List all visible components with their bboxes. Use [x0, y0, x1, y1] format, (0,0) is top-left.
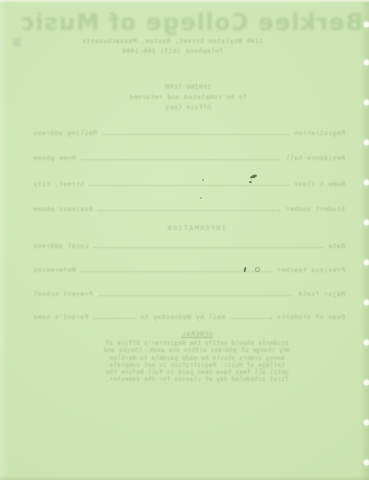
row-label: Business phone [33, 205, 93, 213]
punch-hole [363, 259, 369, 266]
row-middle-text: mail by Wednesday to [140, 313, 225, 321]
form-row: Registration Mailing address [33, 128, 345, 137]
scan-smudge [13, 38, 21, 47]
notes-line: until all fees have been paid in full be… [85, 369, 309, 376]
dotted-leader-line [89, 179, 289, 186]
notes-line: first scheduled day of classes for the s… [85, 376, 309, 383]
notes-line: College of Music. Registration is not co… [85, 362, 309, 369]
punch-hole [363, 379, 369, 386]
form-row: Name & class Street, city [33, 179, 345, 188]
address-line-2: Telephone (617) 266-1400 [60, 46, 285, 56]
address-line-1: 1140 Boylston Street, Boston, Massachuse… [60, 36, 285, 46]
row-label: Previous teacher [277, 266, 345, 274]
row-label: Dean of students [277, 313, 345, 321]
dotted-leader-line [98, 289, 293, 296]
row-label: Street, city [33, 180, 84, 188]
row-label: Registration [294, 129, 345, 137]
row-label: Parent's name [33, 313, 88, 321]
row-label: Local address [33, 242, 88, 250]
section-heading-bleedthrough: INFORMATION [140, 224, 252, 232]
title-line-1: SPRING TERM [120, 82, 256, 92]
notes-heading: GENERAL [85, 330, 309, 338]
form-row: Student number Business phone [33, 204, 345, 213]
ink-speck [249, 181, 252, 183]
row-label: Present school [33, 290, 93, 298]
title-line-2: To be completed and returned [120, 92, 256, 102]
dotted-leader-line [98, 204, 281, 211]
punch-hole [363, 459, 369, 466]
row-label: Name & class [294, 180, 345, 188]
ink-speck [255, 267, 260, 272]
notes-line: Students should notify the Registrar's O… [85, 340, 309, 347]
row-label: Residence hall [285, 154, 345, 162]
punch-hole [363, 99, 369, 106]
general-notes-block-bleedthrough: GENERAL Students should notify the Regis… [85, 330, 309, 384]
letterhead-logo-bleedthrough: Berklee College of Music [53, 10, 363, 36]
punch-hole [363, 299, 369, 306]
dotted-leader-line [102, 128, 289, 135]
letterhead-address-bleedthrough: 1140 Boylston Street, Boston, Massachuse… [60, 36, 285, 56]
punch-hole [363, 179, 369, 186]
form-row: Dean of students mail by Wednesday to Pa… [33, 312, 345, 321]
punch-hole [363, 339, 369, 346]
form-row: Major field Present school [33, 289, 345, 298]
row-label: Major field [298, 290, 345, 298]
row-label: Date [328, 242, 345, 250]
title-line-3: Office Copy [120, 102, 256, 112]
dotted-leader-line [93, 241, 323, 248]
dotted-leader-line [81, 153, 281, 160]
form-row: Date Local address [33, 241, 345, 250]
notes-line: any change of address within one week. C… [85, 347, 309, 354]
row-label: Mailing address [33, 129, 97, 137]
notes-line: money orders should be made payable to B… [85, 355, 309, 362]
dotted-leader-line [230, 312, 272, 319]
row-label: Home phone [33, 154, 76, 162]
form-title-block-bleedthrough: SPRING TERM To be completed and returned… [120, 82, 256, 112]
punch-hole [363, 59, 369, 66]
punch-hole [363, 139, 369, 146]
punch-hole [363, 219, 369, 226]
punch-hole [363, 419, 369, 426]
row-label: Student number [285, 205, 345, 213]
form-row: Residence hall Home phone [33, 153, 345, 162]
dotted-leader-line [93, 312, 135, 319]
punch-hole [363, 21, 369, 28]
form-row: Previous teacher References [33, 265, 345, 274]
row-label: References [33, 266, 76, 274]
ink-speck [202, 179, 204, 181]
ink-speck [200, 197, 202, 199]
scanned-green-form-page: Berklee College of Music 1140 Boylston S… [0, 0, 369, 480]
